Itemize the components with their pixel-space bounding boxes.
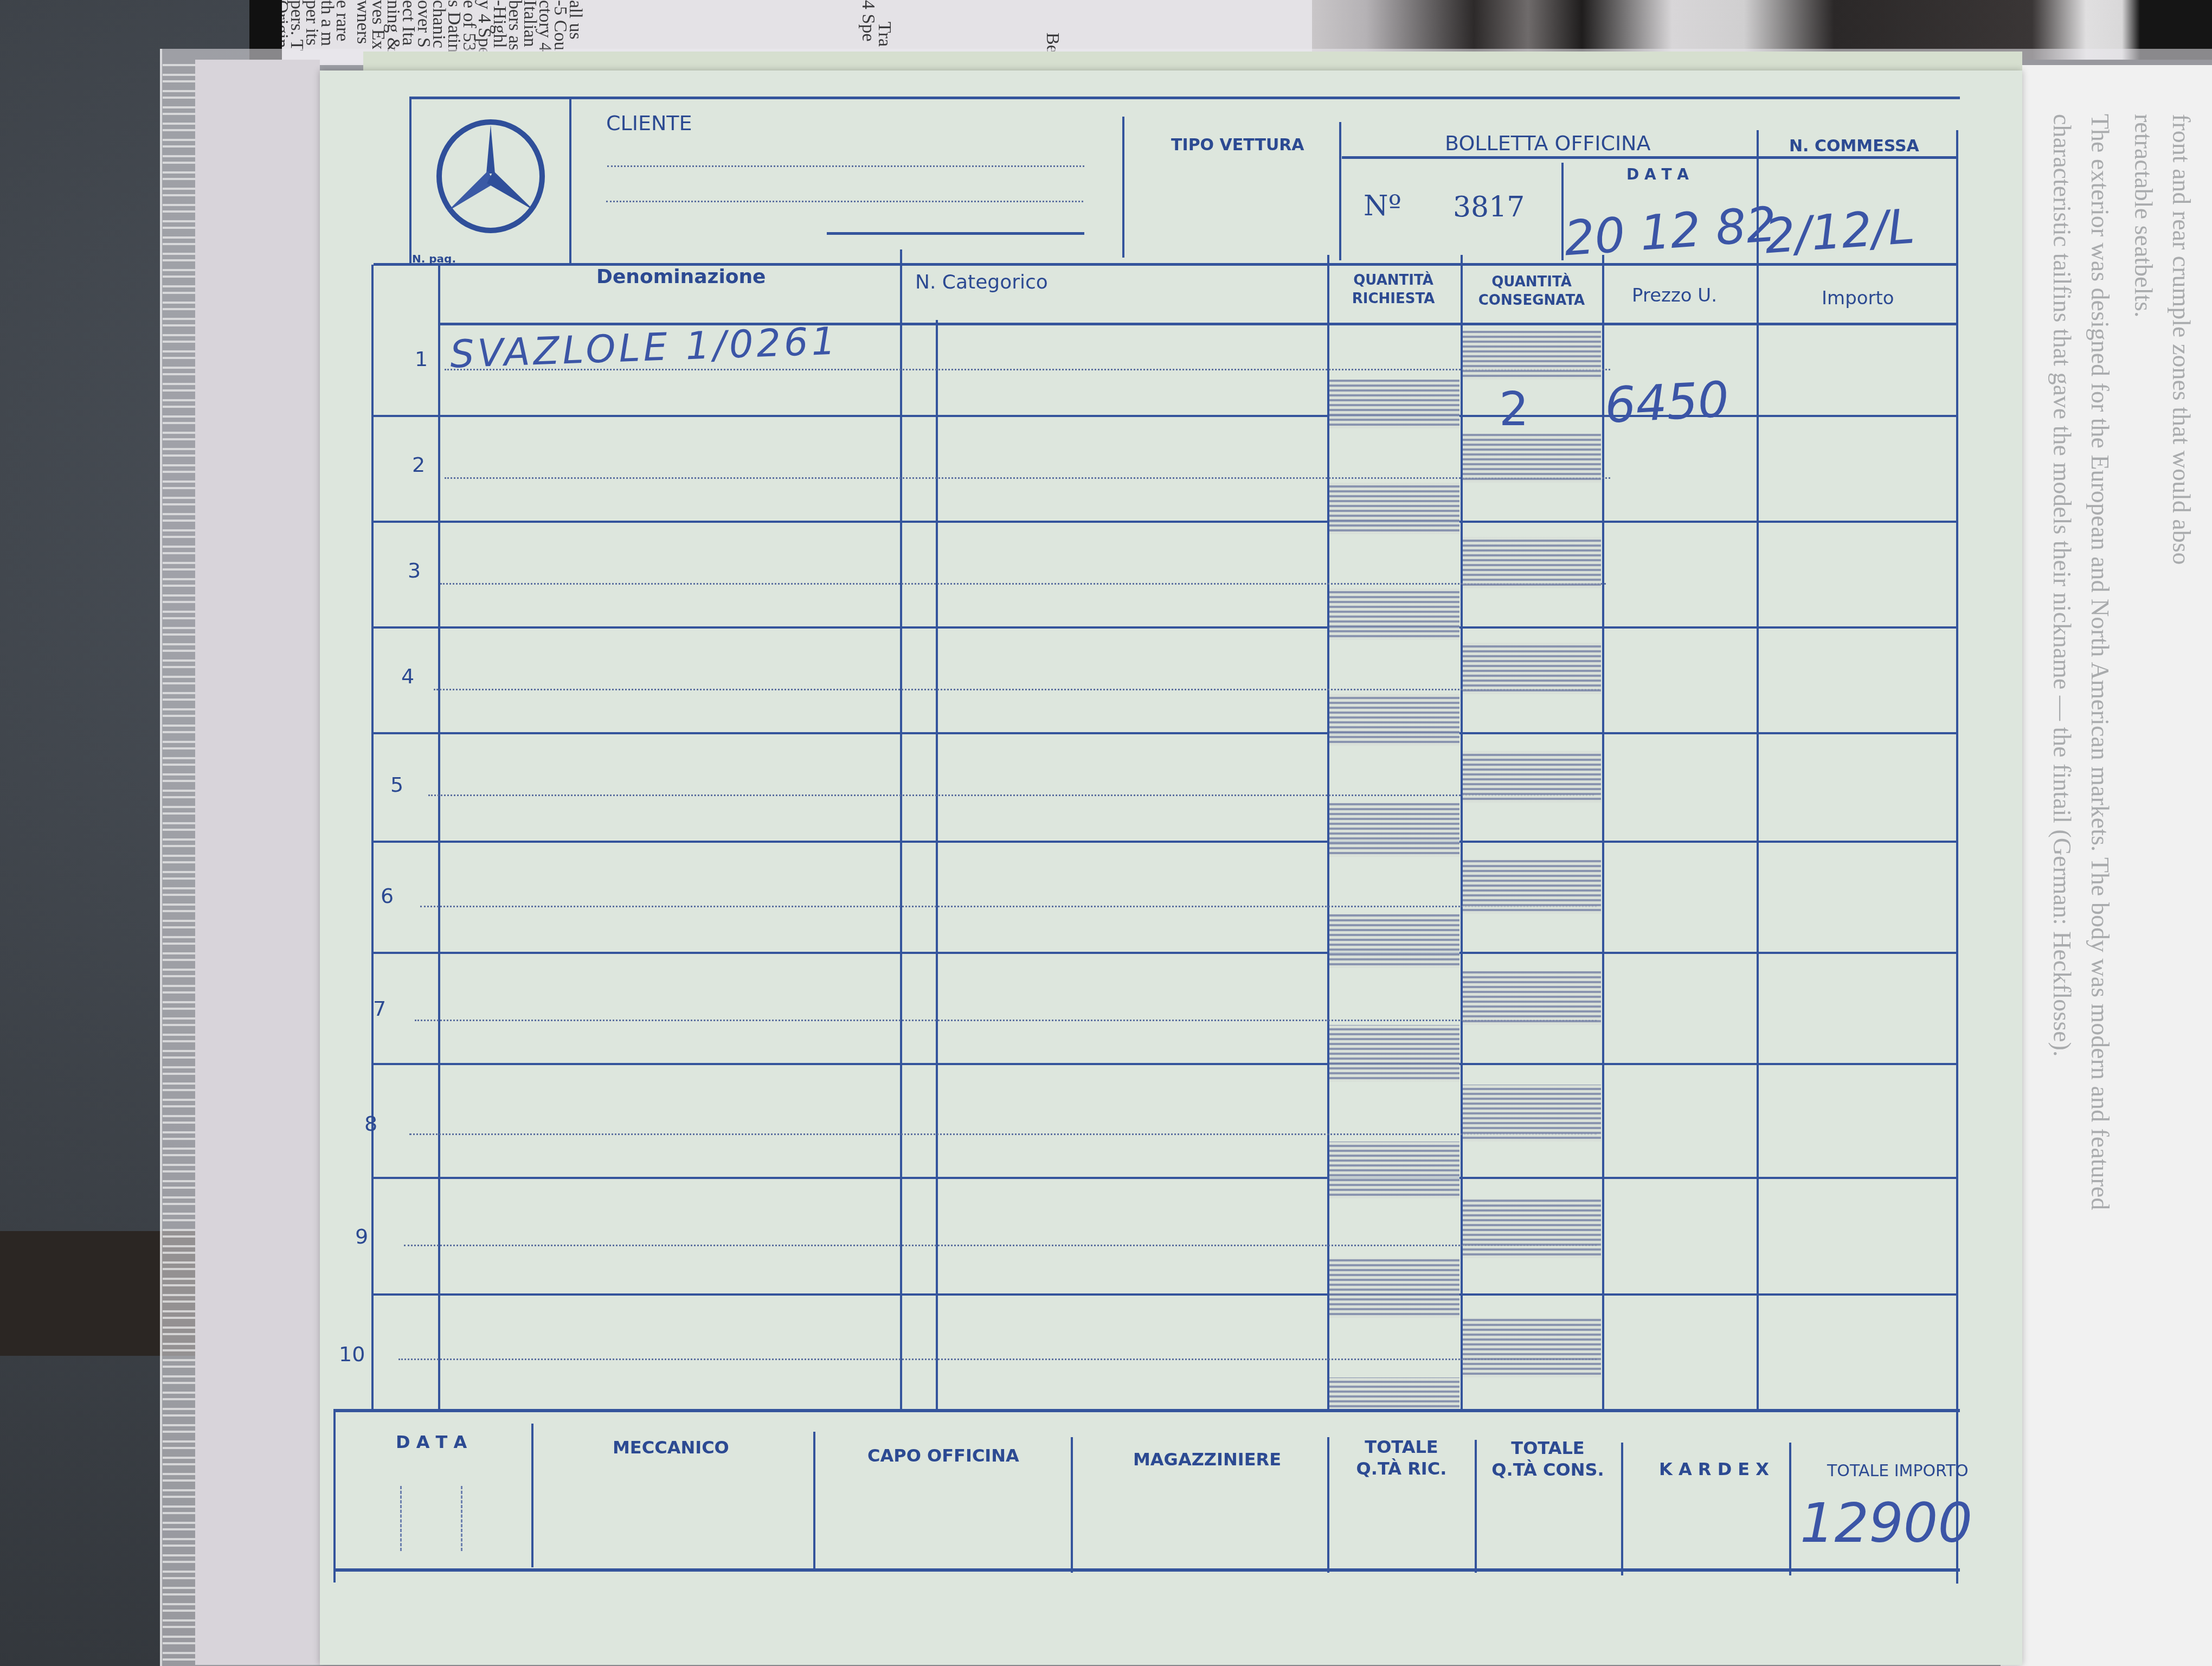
write-line xyxy=(428,794,1594,796)
row-line xyxy=(374,952,1957,954)
mercedes-star-logo-icon xyxy=(434,114,550,239)
row-line xyxy=(374,1063,1957,1065)
row-number: 3 xyxy=(408,559,421,582)
article-page: front and rear crumple zones that would … xyxy=(2001,65,2212,1666)
hatched-cell xyxy=(1329,803,1459,857)
data-date-separator xyxy=(461,1486,462,1551)
footer-capo-officina-label: CAPO OFFICINA xyxy=(867,1445,1019,1466)
row-number: 10 xyxy=(339,1342,365,1366)
write-line xyxy=(420,906,1597,907)
totale-importo-value-handwritten[interactable]: 12900 xyxy=(1800,1491,1972,1555)
hatched-cell xyxy=(1463,1199,1601,1258)
footer-label-line: TOTALE xyxy=(1339,1436,1464,1458)
footer-totale-importo-label: TOTALE IMPORTO xyxy=(1827,1462,1969,1481)
form-border-top xyxy=(409,97,1960,99)
col-header-n-categorico: N. Categorico xyxy=(915,271,1048,293)
bolletta-officina-form xyxy=(320,71,2022,1665)
hatched-cell xyxy=(1463,1085,1601,1142)
col-header-line: QUANTITÀ xyxy=(1467,273,1597,291)
form-border-left-footer xyxy=(333,1409,336,1582)
article-line: characteristic tailfins that gave the mo… xyxy=(2048,114,2076,1056)
row-number: 8 xyxy=(364,1112,377,1136)
hatched-cell xyxy=(1329,483,1459,534)
footer-bottom-line xyxy=(333,1568,1960,1572)
cliente-label: CLIENTE xyxy=(606,111,692,135)
write-line xyxy=(445,477,1610,479)
write-line xyxy=(434,689,1599,690)
sleeve-backing-page xyxy=(195,60,320,1665)
header-divider xyxy=(569,98,571,263)
footer-totale-qta-cons-label: TOTALE Q.TÀ CONS. xyxy=(1480,1437,1616,1481)
col-header-quantita-richiesta: QUANTITÀ RICHIESTA xyxy=(1339,271,1448,308)
hatched-cell xyxy=(1329,588,1459,640)
cliente-field-line[interactable] xyxy=(607,165,1084,167)
bg-text-fragment: Origin xyxy=(282,0,292,48)
col-header-n-pag: N. pag. xyxy=(412,251,439,267)
form-border-left xyxy=(371,265,374,1409)
col-header-importo: Importo xyxy=(1822,287,1894,309)
row-1-qta-consegnata[interactable]: 2 xyxy=(1499,382,1529,437)
row-1-prezzo-u[interactable]: 6450 xyxy=(1603,371,1730,434)
col-header-line: QUANTITÀ xyxy=(1339,271,1448,290)
footer-totale-qta-ric-label: TOTALE Q.TÀ RIC. xyxy=(1339,1436,1464,1479)
bolletta-officina-title: BOLLETTA OFFICINA xyxy=(1445,131,1651,155)
col-line-prezzo xyxy=(1602,255,1604,1410)
col-header-prezzo-u: Prezzo U. xyxy=(1632,285,1717,306)
article-line: The exterior was designed for the Europe… xyxy=(2086,114,2114,1210)
hatched-cell xyxy=(1463,643,1601,694)
col-line-denominazione xyxy=(900,249,902,1410)
row-line xyxy=(374,1293,1957,1296)
footer-label-line: Q.TÀ CONS. xyxy=(1480,1459,1616,1481)
commessa-value-handwritten[interactable]: 2/12/L xyxy=(1763,198,1917,264)
hatched-cell xyxy=(1329,914,1459,968)
footer-divider xyxy=(1071,1437,1073,1573)
data-label: D A T A xyxy=(1626,165,1689,183)
row-number: 6 xyxy=(381,884,394,908)
footer-data-label: D A T A xyxy=(396,1432,467,1452)
sleeve-perforation-strip xyxy=(163,60,195,1665)
header-divider xyxy=(1339,122,1341,260)
row-line xyxy=(374,841,1957,843)
bg-text-fragment: Tra xyxy=(874,22,895,47)
row-line xyxy=(374,521,1957,523)
col-line-importo xyxy=(1757,260,1759,1410)
data-date-separator xyxy=(400,1486,402,1551)
write-line xyxy=(404,1245,1597,1246)
form-border-left-header xyxy=(409,97,411,265)
tipo-vettura-label: TIPO VETTURA xyxy=(1171,136,1304,155)
row-line xyxy=(374,1177,1957,1179)
col-header-quantita-consegnata: QUANTITÀ CONSEGNATA xyxy=(1467,273,1597,310)
col-header-line: CONSEGNATA xyxy=(1467,291,1597,310)
footer-magazziniere-label: MAGAZZINIERE xyxy=(1133,1449,1281,1470)
hatched-cell xyxy=(1329,1142,1459,1199)
hatched-cell xyxy=(1329,694,1459,746)
write-line xyxy=(409,1133,1597,1135)
footer-divider xyxy=(813,1432,815,1570)
footer-kardex-label: K A R D E X xyxy=(1659,1459,1769,1479)
article-line: front and rear crumple zones that would … xyxy=(2167,114,2196,565)
hatched-cell xyxy=(1463,1318,1601,1377)
hatched-cell xyxy=(1329,1377,1459,1410)
write-line xyxy=(415,1020,1597,1021)
hatched-cell xyxy=(1463,751,1601,803)
bolletta-number: 3817 xyxy=(1453,191,1525,223)
article-line: retractable seatbelts. xyxy=(2129,114,2158,317)
hatched-cell xyxy=(1463,860,1601,914)
row-number: 5 xyxy=(390,773,403,797)
col-header-line: RICHIESTA xyxy=(1339,290,1448,308)
header-subline xyxy=(1342,156,1956,159)
footer-divider xyxy=(1475,1440,1477,1573)
footer-meccanico-label: MECCANICO xyxy=(613,1437,729,1458)
footer-divider xyxy=(1621,1443,1623,1575)
bg-text-fragment: wners xyxy=(352,0,373,44)
row-number: 7 xyxy=(373,997,386,1021)
col-line-categorico-inner xyxy=(936,320,938,1410)
hatched-cell xyxy=(1329,1025,1459,1082)
hatched-cell xyxy=(1463,331,1601,380)
hatched-cell xyxy=(1463,434,1601,483)
footer-top-line xyxy=(333,1409,1960,1412)
footer-label-line: Q.TÀ RIC. xyxy=(1339,1458,1464,1479)
write-line xyxy=(398,1359,1597,1360)
form-border-right xyxy=(1956,130,1958,1584)
hatched-cell xyxy=(1329,1258,1459,1318)
cliente-field-line[interactable] xyxy=(606,201,1083,202)
footer-label-line: TOTALE xyxy=(1480,1437,1616,1459)
col-header-n-pag-text: N. pag. xyxy=(412,252,456,265)
row-number: 4 xyxy=(401,664,414,688)
footer-divider xyxy=(1327,1437,1329,1573)
footer-divider xyxy=(531,1424,533,1567)
header-divider xyxy=(1122,117,1124,258)
row-line xyxy=(374,626,1957,629)
hatched-cell xyxy=(1329,380,1459,428)
row-number: 9 xyxy=(355,1225,368,1248)
numero-label: Nº xyxy=(1364,190,1401,222)
write-line xyxy=(440,583,1606,585)
col-header-denominazione: Denominazione xyxy=(596,266,766,288)
col-line-npag xyxy=(438,265,440,1409)
row-line xyxy=(374,732,1957,734)
cliente-underline xyxy=(827,232,1084,235)
n-commessa-label: N. COMMESSA xyxy=(1789,137,1919,156)
hatched-cell xyxy=(1463,971,1601,1025)
footer-divider xyxy=(1789,1443,1791,1575)
row-number: 1 xyxy=(415,347,428,371)
hatched-cell xyxy=(1463,537,1601,588)
row-number: 2 xyxy=(412,453,425,477)
